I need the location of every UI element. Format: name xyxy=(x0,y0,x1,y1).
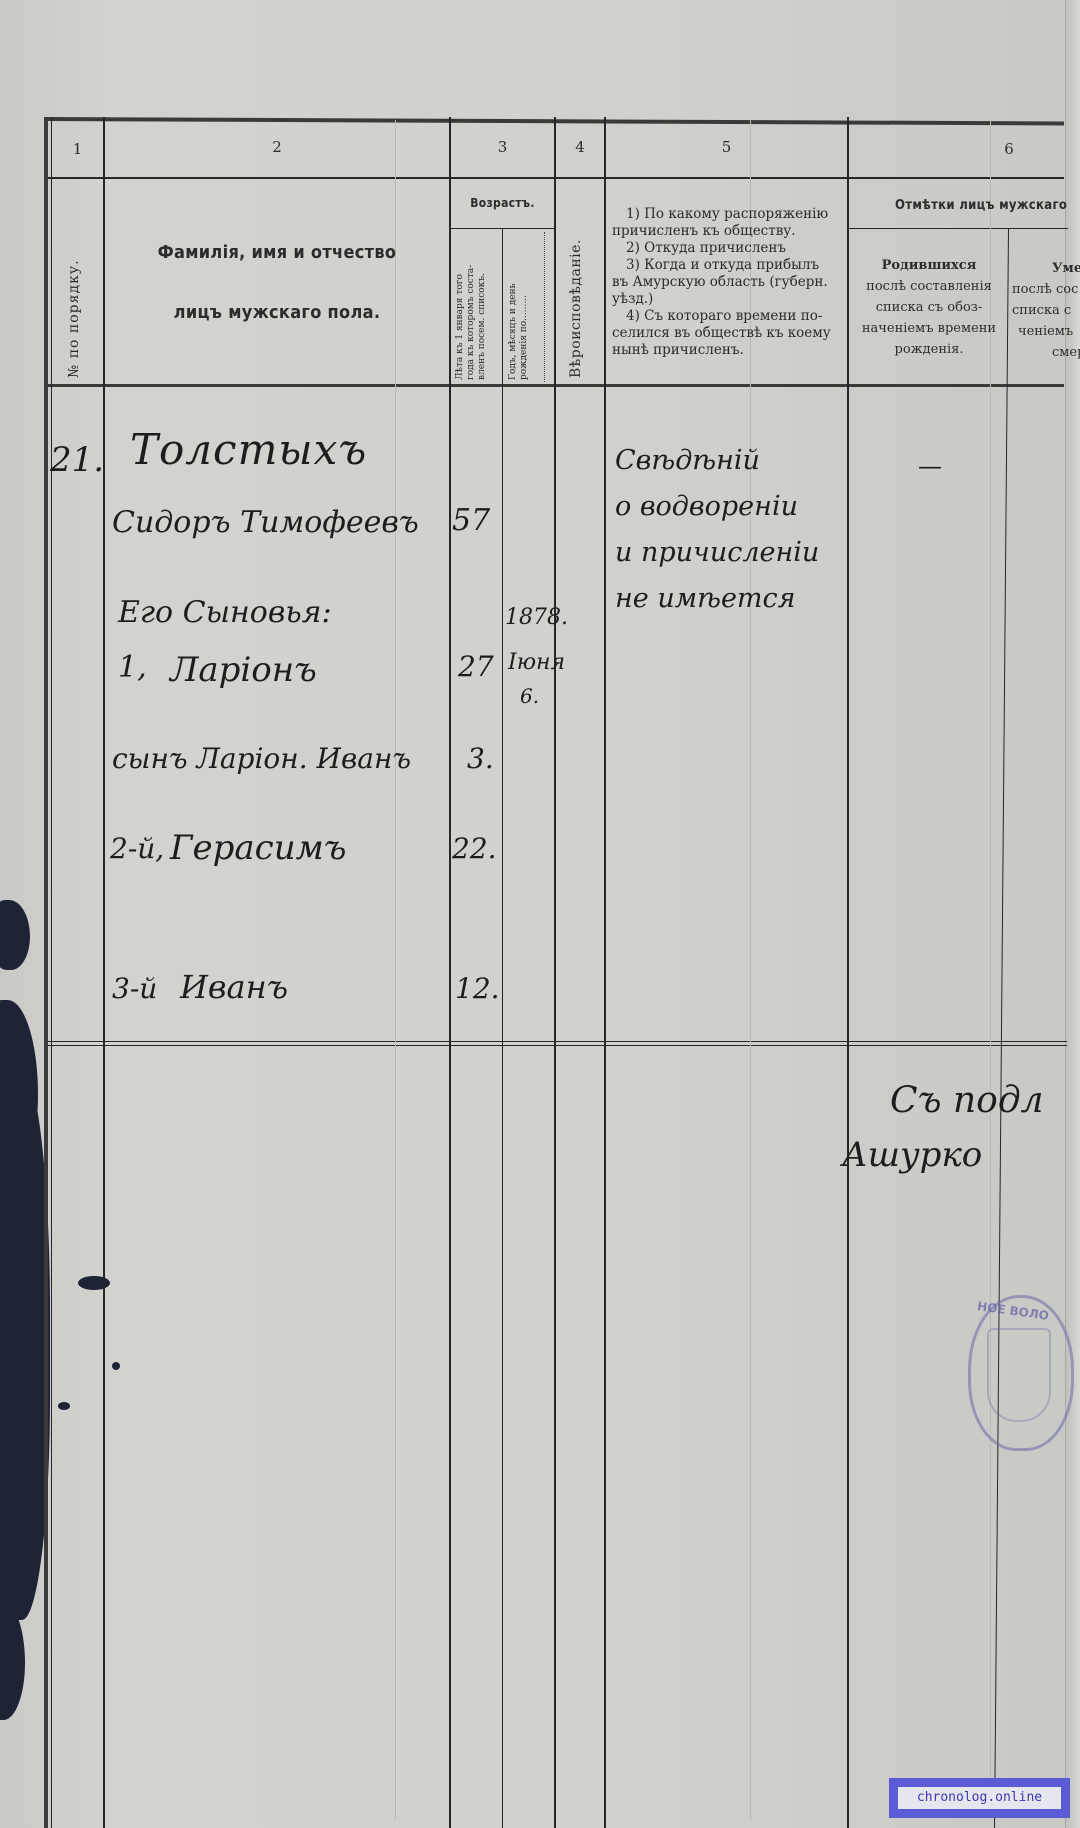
son3-label: 3-й xyxy=(112,972,157,1005)
ink-blot xyxy=(0,900,30,970)
col-separator-5-6 xyxy=(847,117,849,1828)
archival-document-page: 1 2 3 4 5 6 № по порядку. Фамилія, имя и… xyxy=(0,0,1080,1828)
watermark-text: chronolog.online xyxy=(898,1787,1061,1809)
grandson-entry: сынъ Ларіон. Иванъ xyxy=(112,742,411,775)
son1-birth-year: 1878. xyxy=(505,605,568,630)
col6-sub2-header: Умер послѣ сос списка с ченіемъ смер xyxy=(1012,258,1080,363)
surname: Толстыхъ xyxy=(130,425,367,474)
col3-sub-separator xyxy=(502,228,503,1828)
column-number-2: 2 xyxy=(105,138,449,156)
col2-header-line2: лицъ мужскаго пола. xyxy=(105,302,449,323)
head-age: 57 xyxy=(452,503,490,538)
column-number-4: 4 xyxy=(556,138,604,156)
table-left-border-inner xyxy=(51,117,52,1828)
son1-birth-day: 6. xyxy=(520,684,539,708)
official-stamp: НОЕ ВОЛО xyxy=(968,1295,1074,1451)
faint-guide-line xyxy=(990,120,991,1820)
col6-sub1-header: Родившихся послѣ составленія списка съ о… xyxy=(850,255,1008,360)
col3-sub1-header: Лѣта къ 1 января того года къ которомъ с… xyxy=(455,265,488,380)
son2-age: 22. xyxy=(452,832,497,865)
son2-label: 2-й, xyxy=(110,832,164,865)
faint-guide-line xyxy=(395,120,396,1820)
row-separator xyxy=(47,1045,1067,1046)
col-separator-2-3 xyxy=(449,117,451,1828)
col6-header: Отмѣтки лицъ мужскаго xyxy=(895,198,1080,213)
column-number-3: 3 xyxy=(451,138,554,156)
sons-label: Его Сыновья: xyxy=(118,595,332,630)
faint-guide-line xyxy=(750,120,751,1820)
col-separator-1-2 xyxy=(103,117,105,1828)
signature-line1: Съ подл xyxy=(890,1080,1044,1121)
table-left-border xyxy=(44,117,48,1828)
head-name: Сидоръ Тимофеевъ xyxy=(112,505,419,540)
column-number-6: 6 xyxy=(849,140,1080,158)
col-separator-3-4 xyxy=(554,117,556,1828)
son3-name: Иванъ xyxy=(180,968,288,1006)
son1-age: 27 xyxy=(458,650,494,683)
col2-header-line1: Фамилія, имя и отчество xyxy=(105,242,449,263)
son2-name: Герасимъ xyxy=(170,828,346,868)
col1-header-text: № по порядку. xyxy=(66,259,82,378)
col4-header: Вѣроисповѣданіе. xyxy=(568,239,584,378)
ink-spot xyxy=(58,1402,70,1410)
col3-sub2-header: Годъ, мѣсяцъ и день рожденія по......... xyxy=(508,283,530,380)
entry-number: 21. xyxy=(50,440,104,480)
col6-sub-divider xyxy=(848,228,1068,229)
ink-blot xyxy=(0,1060,50,1620)
col5-note: Свѣдѣній о водвореніи и причисленіи не и… xyxy=(615,438,819,622)
signature-line2: Ашурко xyxy=(842,1135,982,1175)
son1-name: Ларіонъ xyxy=(170,650,317,690)
son3-age: 12. xyxy=(455,972,500,1005)
col3-header: Возрастъ. xyxy=(451,196,554,210)
ink-spot xyxy=(112,1362,120,1370)
col-separator-4-5 xyxy=(604,117,606,1828)
stamp-emblem xyxy=(987,1328,1051,1422)
col3-sub-divider xyxy=(449,228,555,229)
dotted-line xyxy=(544,232,545,382)
col6-birth-mark: — xyxy=(918,452,942,480)
row-separator xyxy=(47,1041,1067,1042)
col6-sub-separator xyxy=(994,228,1009,1828)
ink-spot xyxy=(78,1276,110,1290)
son1-birth-month: Іюня xyxy=(508,650,565,675)
column-number-1: 1 xyxy=(52,140,103,158)
col5-header: 1) По какому распоряженію причисленъ къ … xyxy=(612,206,844,359)
watermark-badge: chronolog.online xyxy=(889,1778,1070,1818)
son1-label: 1, xyxy=(118,650,147,685)
grandson-age: 3. xyxy=(467,742,494,775)
col1-header: № по порядку. xyxy=(66,259,82,378)
stamp-text: НОЕ ВОЛО xyxy=(976,1299,1049,1323)
column-number-5: 5 xyxy=(606,138,847,156)
